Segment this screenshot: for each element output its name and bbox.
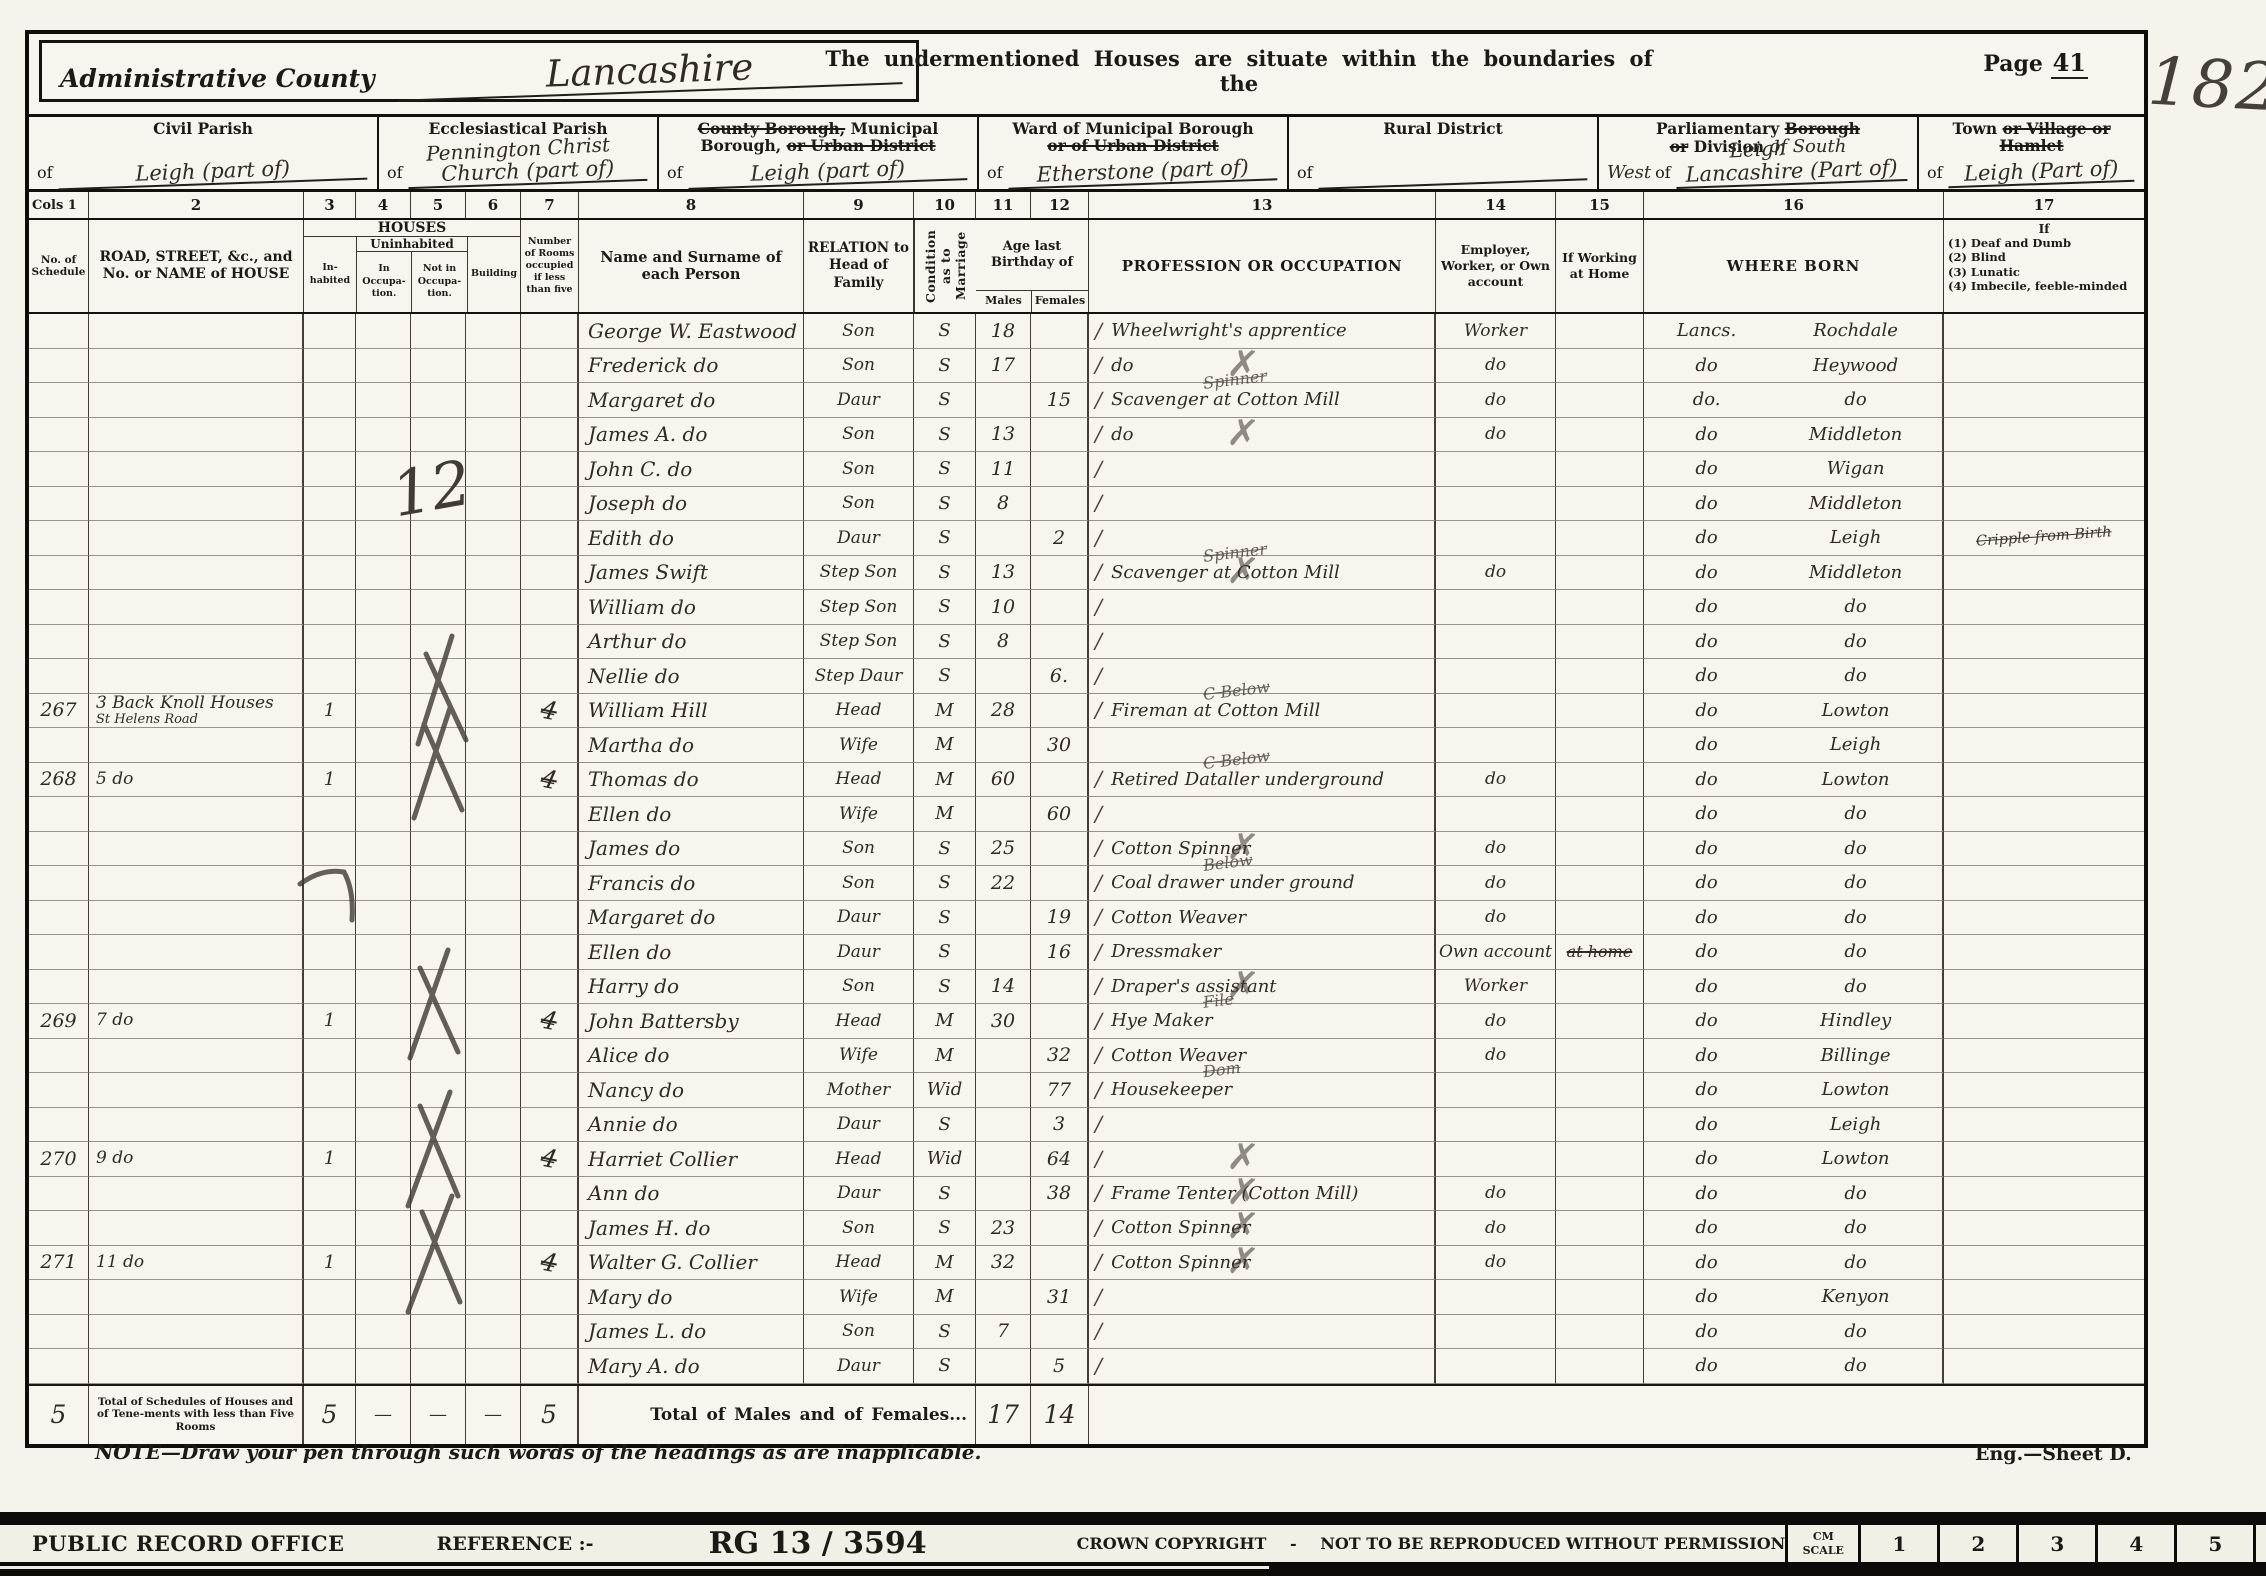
schedule-number-cell bbox=[29, 590, 89, 625]
schedule-number-cell bbox=[29, 832, 89, 867]
rooms-cell bbox=[521, 452, 579, 487]
building-cell bbox=[466, 728, 521, 763]
uninhabited-subheaders: In Occupa-tion. Not in Occupa-tion. bbox=[357, 252, 467, 312]
where-born-cell: doLeigh bbox=[1644, 728, 1944, 763]
address-cell: 5 do bbox=[89, 763, 304, 798]
building-cell bbox=[466, 418, 521, 453]
name-cell: Ann do bbox=[579, 1177, 804, 1212]
address-cell bbox=[89, 728, 304, 763]
inhabited-cell bbox=[304, 590, 356, 625]
building-cell bbox=[466, 556, 521, 591]
parish-box-title: Ward of Municipal Borough or of Urban Di… bbox=[979, 120, 1287, 155]
relation-cell: Daur bbox=[804, 521, 914, 556]
header-name-surname: Name and Surname of each Person bbox=[579, 220, 804, 312]
tick-mark: ∕ bbox=[1095, 1181, 1102, 1205]
relation-cell: Son bbox=[804, 418, 914, 453]
born-place: do bbox=[1769, 1321, 1942, 1342]
of-label: of bbox=[987, 163, 1003, 182]
occupation-cell: ∕Coal drawer under groundBelow bbox=[1089, 866, 1436, 901]
census-form-frame: Administrative County Lancashire The und… bbox=[25, 30, 2148, 1448]
condition-cell: S bbox=[914, 521, 976, 556]
schedule-number-cell bbox=[29, 659, 89, 694]
home-cell bbox=[1556, 728, 1644, 763]
born-place: do bbox=[1769, 803, 1942, 824]
occupation-cell: ∕ bbox=[1089, 590, 1436, 625]
name-cell: James Swift bbox=[579, 556, 804, 591]
parish-box-title: Town or Village or Hamlet bbox=[1919, 120, 2144, 155]
age-male-cell: 13 bbox=[976, 556, 1031, 591]
condition-cell: S bbox=[914, 487, 976, 522]
infirmity-cell bbox=[1944, 625, 2144, 660]
schedule-number-cell bbox=[29, 1039, 89, 1074]
handwritten-value bbox=[1317, 154, 1587, 190]
age-female-cell bbox=[1031, 418, 1089, 453]
schedule-number-cell bbox=[29, 418, 89, 453]
age-male-cell bbox=[976, 1108, 1031, 1143]
column-number: 4 bbox=[356, 192, 411, 218]
tick-mark: ∕ bbox=[1095, 1147, 1102, 1171]
name-cell: Margaret do bbox=[579, 901, 804, 936]
infirmity-cell bbox=[1944, 1073, 2144, 1108]
age-female-cell bbox=[1031, 970, 1089, 1005]
inhabited-cell bbox=[304, 935, 356, 970]
rooms-value: 4 bbox=[538, 1143, 560, 1175]
copyright-notice: NOT TO BE REPRODUCED WITHOUT PERMISSION bbox=[1320, 1534, 1785, 1553]
born-county: do bbox=[1644, 1183, 1769, 1204]
address-cell bbox=[89, 659, 304, 694]
rooms-cell bbox=[521, 1315, 579, 1350]
born-county: do bbox=[1644, 769, 1769, 790]
condition-cell: S bbox=[914, 832, 976, 867]
employer-cell bbox=[1436, 625, 1556, 660]
address-cell bbox=[89, 349, 304, 384]
uninhabited-in-occupation-cell bbox=[356, 590, 411, 625]
born-place: Middleton bbox=[1769, 424, 1942, 445]
note-text: NOTE—Draw your pen through such words of… bbox=[95, 1440, 982, 1464]
inhabited-cell bbox=[304, 1211, 356, 1246]
table-row: Edith doDaurS2∕doLeighCripple from Birth bbox=[29, 521, 2144, 556]
born-place: Middleton bbox=[1769, 493, 1942, 514]
parish-box: Town or Village or Hamlet ofLeigh (Part … bbox=[1919, 117, 2144, 189]
born-county: do bbox=[1644, 527, 1769, 548]
header-employer: Employer, Worker, or Own account bbox=[1436, 220, 1556, 312]
born-county: do bbox=[1644, 1321, 1769, 1342]
building-cell bbox=[466, 1142, 521, 1177]
employer-cell: Worker bbox=[1436, 970, 1556, 1005]
uninhabited-in-occupation-cell bbox=[356, 1315, 411, 1350]
pen-cross-icon: ✗ bbox=[1225, 547, 1261, 594]
infirmity-cell bbox=[1944, 1177, 2144, 1212]
uninhabited-not-occupation-cell bbox=[411, 1315, 466, 1350]
building-cell bbox=[466, 1280, 521, 1315]
employer-cell bbox=[1436, 1142, 1556, 1177]
address-line2: St Helens Road bbox=[96, 713, 198, 726]
of-row: of bbox=[1297, 159, 1587, 185]
condition-cell: M bbox=[914, 797, 976, 832]
table-row: Mary doWifeM31∕doKenyon bbox=[29, 1280, 2144, 1315]
occupation-cell: ∕Scavenger at Cotton MillSpinner✗ bbox=[1089, 556, 1436, 591]
infirmity-cell: Cripple from Birth bbox=[1944, 521, 2144, 556]
of-label: of bbox=[667, 163, 683, 182]
title-segment: Borough, bbox=[700, 136, 781, 155]
houses-subheaders: In-habited Uninhabited In Occupa-tion. N… bbox=[304, 237, 520, 312]
name-cell: Harriet Collier bbox=[579, 1142, 804, 1177]
born-place: do bbox=[1769, 941, 1942, 962]
where-born-cell: doMiddleton bbox=[1644, 418, 1944, 453]
name-cell: Annie do bbox=[579, 1108, 804, 1143]
table-row: Mary A. doDaurS5∕dodo bbox=[29, 1349, 2144, 1384]
condition-cell: S bbox=[914, 1177, 976, 1212]
header-top: Administrative County Lancashire The und… bbox=[29, 34, 2144, 117]
inhabited-cell bbox=[304, 866, 356, 901]
age-male-cell: 7 bbox=[976, 1315, 1031, 1350]
relation-cell: Wife bbox=[804, 1280, 914, 1315]
inhabited-cell bbox=[304, 556, 356, 591]
employer-cell: do bbox=[1436, 556, 1556, 591]
home-cell bbox=[1556, 1142, 1644, 1177]
header-schedule-no: No. of Schedule bbox=[29, 220, 89, 312]
building-cell bbox=[466, 970, 521, 1005]
table-row: Francis doSonS22∕Coal drawer under groun… bbox=[29, 866, 2144, 901]
inhabited-cell bbox=[304, 728, 356, 763]
header-where-born: WHERE BORN bbox=[1644, 220, 1944, 312]
born-place: Lowton bbox=[1769, 1148, 1942, 1169]
relation-cell: Son bbox=[804, 314, 914, 349]
building-cell bbox=[466, 1349, 521, 1384]
rooms-cell bbox=[521, 659, 579, 694]
occupation-text: Housekeeper bbox=[1111, 1079, 1232, 1100]
uninhabited-not-occupation-cell bbox=[411, 1211, 466, 1246]
inhabited-cell bbox=[304, 452, 356, 487]
schedule-number-cell bbox=[29, 1349, 89, 1384]
header-not-in-occupation: Not in Occupa-tion. bbox=[412, 252, 467, 312]
rooms-cell bbox=[521, 1280, 579, 1315]
inhabited-cell bbox=[304, 487, 356, 522]
rooms-cell bbox=[521, 556, 579, 591]
occupation-cell: ∕ bbox=[1089, 1315, 1436, 1350]
column-number: 17 bbox=[1944, 192, 2144, 218]
born-county: do bbox=[1644, 596, 1769, 617]
born-place: do bbox=[1769, 838, 1942, 859]
occupation-cell: ∕Cotton Weaver bbox=[1089, 1039, 1436, 1074]
age-male-cell bbox=[976, 521, 1031, 556]
rooms-cell bbox=[521, 625, 579, 660]
relation-cell: Daur bbox=[804, 935, 914, 970]
table-row: James doSonS25∕Cotton Spinner✗dododo bbox=[29, 832, 2144, 867]
relation-cell: Daur bbox=[804, 383, 914, 418]
age-female-cell: 77 bbox=[1031, 1073, 1089, 1108]
uninhabited-not-occupation-cell bbox=[411, 1349, 466, 1384]
uninhabited-not-occupation-cell bbox=[411, 625, 466, 660]
inhabited-cell bbox=[304, 314, 356, 349]
age-female-cell bbox=[1031, 590, 1089, 625]
employer-cell bbox=[1436, 1073, 1556, 1108]
occupation-text: Hye Maker bbox=[1111, 1010, 1213, 1031]
relation-cell: Step Son bbox=[804, 590, 914, 625]
infirmity-cell bbox=[1944, 487, 2144, 522]
age-female-cell: 3 bbox=[1031, 1108, 1089, 1143]
condition-cell: S bbox=[914, 935, 976, 970]
uninhabited-in-occupation-cell bbox=[356, 694, 411, 729]
uninhabited-in-occupation-cell bbox=[356, 1004, 411, 1039]
name-cell: Margaret do bbox=[579, 383, 804, 418]
condition-cell: S bbox=[914, 866, 976, 901]
scale-cell: 1 bbox=[1858, 1525, 1937, 1562]
home-cell: at home bbox=[1556, 935, 1644, 970]
infirmity-cell bbox=[1944, 901, 2144, 936]
tick-mark: ∕ bbox=[1095, 1078, 1102, 1102]
parish-box: Civil Parish ofLeigh (part of) bbox=[29, 117, 379, 189]
cm-scale: CM SCALE 123456 bbox=[1785, 1525, 2266, 1562]
home-cell bbox=[1556, 763, 1644, 798]
name-cell: Nellie do bbox=[579, 659, 804, 694]
address-cell: 7 do bbox=[89, 1004, 304, 1039]
uninhabited-in-occupation-cell bbox=[356, 659, 411, 694]
tick-mark: ∕ bbox=[1095, 629, 1102, 653]
building-cell bbox=[466, 590, 521, 625]
title-segment: or of Urban District bbox=[1047, 136, 1218, 155]
parish-boxes: Civil Parish ofLeigh (part of)Ecclesiast… bbox=[29, 117, 2144, 192]
inhabited-cell bbox=[304, 1349, 356, 1384]
occupation-text: Wheelwright's apprentice bbox=[1111, 320, 1347, 341]
table-row: Annie doDaurS3∕doLeigh bbox=[29, 1108, 2144, 1143]
building-cell bbox=[466, 349, 521, 384]
census-page: Administrative County Lancashire The und… bbox=[0, 0, 2266, 1576]
name-cell: Nancy do bbox=[579, 1073, 804, 1108]
uninhabited-not-occupation-cell bbox=[411, 314, 466, 349]
condition-cell: S bbox=[914, 1349, 976, 1384]
condition-cell: M bbox=[914, 1039, 976, 1074]
rooms-cell: 4 bbox=[521, 694, 579, 729]
of-row: WestofLancashire (Part of) bbox=[1607, 159, 1907, 185]
table-row: James L. doSonS7∕dodo bbox=[29, 1315, 2144, 1350]
address-cell bbox=[89, 1073, 304, 1108]
rooms-cell bbox=[521, 935, 579, 970]
uninhabited-in-occupation-cell bbox=[356, 866, 411, 901]
uninhabited-not-occupation-cell bbox=[411, 659, 466, 694]
uninhabited-in-occupation-cell bbox=[356, 418, 411, 453]
table-row: William doStep SonS10∕dodo bbox=[29, 590, 2144, 625]
age-male-cell: 60 bbox=[976, 763, 1031, 798]
born-county: do bbox=[1644, 700, 1769, 721]
address-cell bbox=[89, 970, 304, 1005]
scale-cell: 2 bbox=[1937, 1525, 2016, 1562]
age-subheaders: Males Females bbox=[976, 290, 1088, 312]
occupation-cell: ∕✗ bbox=[1089, 1142, 1436, 1177]
occupation-text: Coal drawer under ground bbox=[1111, 872, 1354, 893]
schedule-number-cell bbox=[29, 797, 89, 832]
header-profession: PROFESSION OR OCCUPATION bbox=[1089, 220, 1436, 312]
scale-cell: 5 bbox=[2174, 1525, 2253, 1562]
uninhabited-in-occupation-cell bbox=[356, 970, 411, 1005]
rooms-cell bbox=[521, 383, 579, 418]
table-row: Ann doDaurS38∕Frame Tenter (Cotton Mill)… bbox=[29, 1177, 2144, 1212]
infirmity-item: (1) Deaf and Dumb bbox=[1948, 236, 2127, 250]
condition-cell: M bbox=[914, 728, 976, 763]
infirmity-cell bbox=[1944, 556, 2144, 591]
totals-not-in-occupation: — bbox=[411, 1386, 466, 1444]
uninhabited-in-occupation-cell bbox=[356, 1280, 411, 1315]
uninhabited-not-occupation-cell bbox=[411, 349, 466, 384]
rooms-cell bbox=[521, 1108, 579, 1143]
born-county: do bbox=[1644, 424, 1769, 445]
totals-females: 14 bbox=[1031, 1386, 1089, 1444]
scale-cell: 3 bbox=[2016, 1525, 2095, 1562]
column-number: 12 bbox=[1031, 192, 1089, 218]
tick-mark: ∕ bbox=[1095, 698, 1102, 722]
parish-box: County Borough, Municipal Borough, or Ur… bbox=[659, 117, 979, 189]
relation-cell: Wife bbox=[804, 1039, 914, 1074]
condition-cell: Wid bbox=[914, 1073, 976, 1108]
condition-cell: M bbox=[914, 763, 976, 798]
inhabited-cell bbox=[304, 1177, 356, 1212]
age-female-cell bbox=[1031, 1315, 1089, 1350]
uninhabited-in-occupation-cell bbox=[356, 797, 411, 832]
rooms-value: 4 bbox=[538, 694, 560, 726]
header-infirmity: If (1) Deaf and Dumb(2) Blind(3) Lunatic… bbox=[1944, 220, 2144, 312]
totals-males: 17 bbox=[976, 1386, 1031, 1444]
infirmity-item: (4) Imbecile, feeble-minded bbox=[1948, 279, 2127, 293]
condition-cell: S bbox=[914, 1211, 976, 1246]
condition-cell: S bbox=[914, 625, 976, 660]
title-segment: Rural District bbox=[1383, 119, 1503, 138]
uninhabited-in-occupation-cell bbox=[356, 763, 411, 798]
born-county: Lancs. bbox=[1644, 320, 1769, 341]
totals-inhabited: 5 bbox=[304, 1386, 356, 1444]
uninhabited-in-occupation-cell bbox=[356, 556, 411, 591]
address-cell bbox=[89, 935, 304, 970]
building-cell bbox=[466, 866, 521, 901]
relation-cell: Son bbox=[804, 970, 914, 1005]
infirmity-cell bbox=[1944, 694, 2144, 729]
employer-cell: do bbox=[1436, 1039, 1556, 1074]
infirmity-list: (1) Deaf and Dumb(2) Blind(3) Lunatic(4)… bbox=[1948, 236, 2127, 294]
table-row: 2685 do14Thomas doHeadM60∕Retired Datall… bbox=[29, 763, 2144, 798]
building-cell bbox=[466, 1004, 521, 1039]
column-number: 7 bbox=[521, 192, 579, 218]
building-cell bbox=[466, 1315, 521, 1350]
address-cell bbox=[89, 1039, 304, 1074]
title-segment: Town bbox=[1952, 119, 1997, 138]
infirmity-cell bbox=[1944, 314, 2144, 349]
age-male-cell bbox=[976, 728, 1031, 763]
born-county: do bbox=[1644, 631, 1769, 652]
rooms-cell: 4 bbox=[521, 763, 579, 798]
pen-cross-icon: ✗ bbox=[1225, 1237, 1261, 1284]
age-male-cell bbox=[976, 797, 1031, 832]
header-inhabited: In-habited bbox=[304, 237, 357, 312]
where-born-cell: dodo bbox=[1644, 797, 1944, 832]
schedule-number-cell bbox=[29, 935, 89, 970]
age-female-cell: 6. bbox=[1031, 659, 1089, 694]
born-place: do bbox=[1769, 596, 1942, 617]
born-place: Rochdale bbox=[1769, 320, 1942, 341]
age-male-cell: 30 bbox=[976, 1004, 1031, 1039]
age-female-cell: 32 bbox=[1031, 1039, 1089, 1074]
condition-cell: S bbox=[914, 383, 976, 418]
age-male-cell: 28 bbox=[976, 694, 1031, 729]
schedule-number-cell bbox=[29, 901, 89, 936]
born-county: do bbox=[1644, 1355, 1769, 1376]
home-cell bbox=[1556, 1211, 1644, 1246]
born-place: do bbox=[1769, 907, 1942, 928]
column-number: 5 bbox=[411, 192, 466, 218]
occupation-cell: ∕do✗ bbox=[1089, 418, 1436, 453]
born-county: do bbox=[1644, 872, 1769, 893]
employer-cell bbox=[1436, 590, 1556, 625]
born-place: Leigh bbox=[1769, 734, 1942, 755]
where-born-cell: doMiddleton bbox=[1644, 556, 1944, 591]
rooms-cell bbox=[521, 418, 579, 453]
table-row: Ellen doDaurS16∕DressmakerOwn accountat … bbox=[29, 935, 2144, 970]
infirmity-cell bbox=[1944, 970, 2144, 1005]
title-segment: Civil Parish bbox=[153, 119, 253, 138]
age-male-cell: 8 bbox=[976, 487, 1031, 522]
age-female-cell bbox=[1031, 694, 1089, 729]
name-cell: Mary do bbox=[579, 1280, 804, 1315]
age-female-cell bbox=[1031, 1211, 1089, 1246]
relation-cell: Step Daur bbox=[804, 659, 914, 694]
table-row: Joseph doSonS8∕doMiddleton bbox=[29, 487, 2144, 522]
inhabited-cell bbox=[304, 1039, 356, 1074]
uninhabited-in-occupation-cell bbox=[356, 349, 411, 384]
table-row: Ellen doWifeM60∕dodo bbox=[29, 797, 2144, 832]
building-cell bbox=[466, 797, 521, 832]
born-county: do bbox=[1644, 1252, 1769, 1273]
uninhabited-not-occupation-cell bbox=[411, 1246, 466, 1281]
occupation-cell: ∕Hye MakerFile bbox=[1089, 1004, 1436, 1039]
tick-mark: ∕ bbox=[1095, 319, 1102, 343]
age-male-cell bbox=[976, 1177, 1031, 1212]
born-county: do bbox=[1644, 1286, 1769, 1307]
occupation-cell: ∕Cotton Spinner✗ bbox=[1089, 1211, 1436, 1246]
employer-cell: do bbox=[1436, 866, 1556, 901]
born-county: do bbox=[1644, 665, 1769, 686]
tick-mark: ∕ bbox=[1095, 1009, 1102, 1033]
building-cell bbox=[466, 521, 521, 556]
name-cell: Thomas do bbox=[579, 763, 804, 798]
column-number: 13 bbox=[1089, 192, 1436, 218]
address-cell: 3 Back Knoll HousesSt Helens Road bbox=[89, 694, 304, 729]
column-number: 15 bbox=[1556, 192, 1644, 218]
relation-cell: Daur bbox=[804, 1108, 914, 1143]
age-female-cell bbox=[1031, 487, 1089, 522]
condition-cell: S bbox=[914, 970, 976, 1005]
inhabited-cell bbox=[304, 349, 356, 384]
age-male-cell: 18 bbox=[976, 314, 1031, 349]
age-female-cell: 38 bbox=[1031, 1177, 1089, 1212]
table-row: George W. EastwoodSonS18∕Wheelwright's a… bbox=[29, 314, 2144, 349]
condition-cell: M bbox=[914, 1246, 976, 1281]
name-cell: Harry do bbox=[579, 970, 804, 1005]
where-born-cell: doLeigh bbox=[1644, 1108, 1944, 1143]
totals-row: 5 Total of Schedules of Houses and of Te… bbox=[29, 1384, 2144, 1444]
column-number: 6 bbox=[466, 192, 521, 218]
scale-cell: 6 bbox=[2253, 1525, 2266, 1562]
where-born-cell: Lancs.Rochdale bbox=[1644, 314, 1944, 349]
handwritten-value: Leigh (part of) bbox=[687, 154, 967, 190]
age-female-cell bbox=[1031, 1004, 1089, 1039]
born-place: Middleton bbox=[1769, 562, 1942, 583]
name-cell: Ellen do bbox=[579, 935, 804, 970]
table-row: Frederick doSonS17∕do✗dodoHeywood bbox=[29, 349, 2144, 384]
relation-cell: Mother bbox=[804, 1073, 914, 1108]
born-place: Heywood bbox=[1769, 355, 1942, 376]
age-female-cell: 2 bbox=[1031, 521, 1089, 556]
where-born-cell: dodo bbox=[1644, 659, 1944, 694]
where-born-cell: dodo bbox=[1644, 1315, 1944, 1350]
copyright-dash: - bbox=[1290, 1534, 1297, 1553]
